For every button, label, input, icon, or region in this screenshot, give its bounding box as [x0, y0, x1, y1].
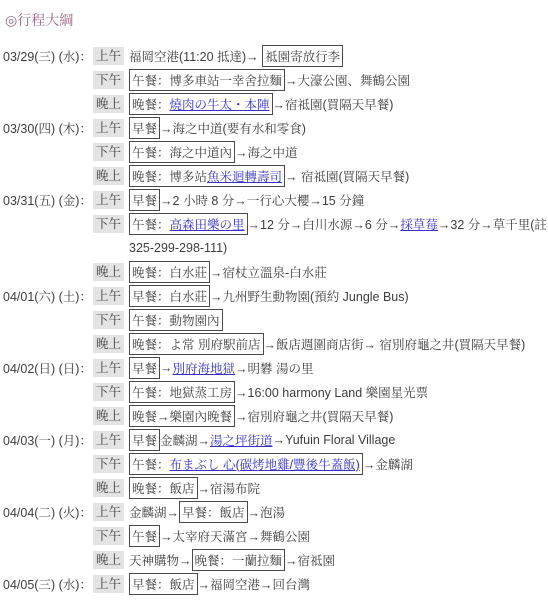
itinerary-text: →宿別府龜之井(買隔天早餐): [235, 407, 393, 425]
meal-box: 午餐：動物園內: [129, 309, 223, 331]
itinerary-row: 晚上晚餐：燒肉の牛太・本陣→宿祗園(買隔天早餐): [3, 92, 546, 116]
itinerary-row: 04/04(二) (火)：上午金麟湖→早餐：飯店→泡湯: [3, 500, 546, 524]
meal-box: 午餐：海之中道內: [129, 141, 235, 163]
period-label: 上午: [93, 359, 124, 377]
itinerary-text: 晚餐：飯店: [132, 479, 195, 497]
meal-box: 晚餐：博多站魚米迴轉壽司: [129, 165, 285, 187]
row-content: 325-299-298-111): [3, 241, 227, 255]
itinerary-row: 晚上晚餐：白水莊→宿杖立溫泉-白水莊: [3, 260, 546, 284]
itinerary-text: 晚餐：博多站: [132, 167, 207, 185]
itinerary-text: 晚餐→樂園內晚餐: [132, 407, 232, 425]
itinerary-text: 早餐: [132, 119, 157, 137]
itinerary-row: 下午午餐：海之中道內→海之中道: [3, 140, 546, 164]
itinerary-text: 福岡空港(11:20 抵達)→: [129, 47, 262, 65]
itinerary-link[interactable]: 別府海地獄: [173, 359, 236, 377]
itinerary-link[interactable]: 布まぶし 心(碳烤地雞/豐後牛蓋飯): [170, 455, 360, 473]
row-content: 晚餐：よ常 別府駅前店→飯店週圍商店街→ 宿別府龜之井(買隔天早餐): [129, 333, 525, 355]
date-label: 04/01(六) (土)：: [3, 287, 93, 305]
itinerary-row: 03/30(四) (木)：上午早餐→海之中道(要有水和零食): [3, 116, 546, 140]
itinerary-text: →宿湯布院: [198, 479, 261, 497]
date-label: 04/02(日) (日)：: [3, 359, 93, 377]
itinerary-row: 晚上晚餐→樂園內晚餐→宿別府龜之井(買隔天早餐): [3, 404, 546, 428]
itinerary-text: →12 分→白川水源→6 分→: [248, 215, 401, 233]
date-label: 03/31(五) (金)：: [3, 191, 93, 209]
itinerary-text: 早餐：飯店: [132, 575, 195, 593]
itinerary-page: ◎行程大綱 03/29(三) (水)：上午福岡空港(11:20 抵達)→ 祗園寄…: [0, 0, 548, 596]
meal-box: 午餐: [129, 525, 160, 547]
itinerary-text: →16:00 harmony Land 樂園星光票: [235, 383, 428, 401]
itinerary-link[interactable]: 燒肉の牛太・本陣: [170, 95, 270, 113]
itinerary-text: →飯店週圍商店街→ 宿別府龜之井(買隔天早餐): [264, 335, 526, 353]
itinerary-link[interactable]: 採草莓: [400, 215, 438, 233]
itinerary-text: 午餐：地獄蒸工房: [132, 383, 232, 401]
period-label: 下午: [93, 527, 124, 545]
itinerary-text: 午餐：: [132, 455, 170, 473]
row-content: 午餐：博多車站一幸舍拉麵→大濠公園、舞鶴公園: [129, 69, 410, 91]
itinerary-row: 下午午餐：高森田樂の里→12 分→白川水源→6 分→採草莓→32 分→草千里(註…: [3, 212, 546, 236]
period-label: 上午: [93, 575, 124, 593]
itinerary-row-continuation: 325-299-298-111): [3, 236, 546, 260]
row-content: 午餐：高森田樂の里→12 分→白川水源→6 分→採草莓→32 分→草千里(註：走: [129, 213, 548, 235]
itinerary-text: 午餐：海之中道內: [132, 143, 232, 161]
period-label: 下午: [93, 311, 124, 329]
itinerary-link[interactable]: 湯之坪街道: [210, 431, 273, 449]
itinerary-row: 下午午餐：博多車站一幸舍拉麵→大濠公園、舞鶴公園: [3, 68, 546, 92]
itinerary-row: 04/05(三) (水)：上午早餐：飯店→福岡空港→回台灣: [3, 572, 546, 596]
itinerary-text: 晚餐：: [132, 95, 170, 113]
meal-box: 晚餐→樂園內晚餐: [129, 405, 235, 427]
period-label: 上午: [93, 47, 124, 65]
itinerary-row: 03/31(五) (金)：上午早餐→2 小時 8 分→一行心大櫻→15 分鐘: [3, 188, 546, 212]
period-label: 上午: [93, 503, 124, 521]
row-content: 午餐：地獄蒸工房→16:00 harmony Land 樂園星光票: [129, 381, 428, 403]
itinerary-row: 04/03(一) (月)：上午早餐金麟湖→湯之坪街道→Yufuin Floral…: [3, 428, 546, 452]
itinerary-row: 晚上天神購物→晚餐：一蘭拉麵→宿祗園: [3, 548, 546, 572]
row-content: 晚餐：白水莊→宿杖立溫泉-白水莊: [129, 261, 327, 283]
itinerary-row: 下午午餐：地獄蒸工房→16:00 harmony Land 樂園星光票: [3, 380, 546, 404]
row-content: 早餐金麟湖→湯之坪街道→Yufuin Floral Village: [129, 429, 395, 451]
meal-box: 晚餐：白水莊: [129, 261, 210, 283]
period-label: 晚上: [93, 95, 124, 113]
itinerary-text: 早餐：飯店: [182, 503, 245, 521]
itinerary-text: →2 小時 8 分→一行心大櫻→15 分鐘: [160, 191, 364, 209]
period-label: 下午: [93, 455, 124, 473]
meal-box: 早餐: [129, 429, 160, 451]
meal-box: 早餐：白水莊: [129, 285, 210, 307]
row-content: 金麟湖→早餐：飯店→泡湯: [129, 501, 285, 523]
row-content: 午餐：布まぶし 心(碳烤地雞/豐後牛蓋飯)→金麟湖: [129, 453, 413, 475]
itinerary-row: 晚上晚餐：博多站魚米迴轉壽司→ 宿祗園(買隔天早餐): [3, 164, 546, 188]
itinerary-row: 下午午餐：布まぶし 心(碳烤地雞/豐後牛蓋飯)→金麟湖: [3, 452, 546, 476]
itinerary-text: →: [160, 361, 173, 375]
itinerary-text: 天神購物→: [129, 551, 192, 569]
itinerary-list: 03/29(三) (水)：上午福岡空港(11:20 抵達)→ 祗園寄放行李下午午…: [3, 44, 546, 596]
period-label: 上午: [93, 191, 124, 209]
period-label: 下午: [93, 215, 124, 233]
row-content: 早餐：飯店→福岡空港→回台灣: [129, 573, 310, 595]
period-label: 下午: [93, 143, 124, 161]
period-label: 晚上: [93, 263, 124, 281]
meal-box: 午餐：博多車站一幸舍拉麵: [129, 69, 285, 91]
itinerary-text: →宿杖立溫泉-白水莊: [210, 263, 327, 281]
period-label: 上午: [93, 119, 124, 137]
period-label: 晚上: [93, 335, 124, 353]
meal-box: 午餐：地獄蒸工房: [129, 381, 235, 403]
meal-box: 晚餐：飯店: [129, 477, 198, 499]
row-content: 早餐→2 小時 8 分→一行心大櫻→15 分鐘: [129, 189, 364, 211]
period-label: 下午: [93, 71, 124, 89]
period-label: 晚上: [93, 167, 124, 185]
itinerary-text: →海之中道: [235, 143, 298, 161]
row-content: 晚餐→樂園內晚餐→宿別府龜之井(買隔天早餐): [129, 405, 393, 427]
itinerary-text: 午餐：博多車站一幸舍拉麵: [132, 71, 282, 89]
itinerary-text: 早餐: [132, 359, 157, 377]
itinerary-text: 午餐：動物園內: [132, 311, 220, 329]
row-content: 福岡空港(11:20 抵達)→ 祗園寄放行李: [129, 45, 343, 67]
meal-box: 早餐: [129, 357, 160, 379]
row-content: 天神購物→晚餐：一蘭拉麵→宿祗園: [129, 549, 335, 571]
period-label: 晚上: [93, 479, 124, 497]
meal-box: 祗園寄放行李: [262, 45, 343, 67]
itinerary-row: 下午午餐：動物園內: [3, 308, 546, 332]
itinerary-text: →明礬 湯の里: [235, 359, 313, 377]
row-content: 晚餐：博多站魚米迴轉壽司→ 宿祗園(買隔天早餐): [129, 165, 409, 187]
itinerary-text: 午餐：: [132, 215, 170, 233]
period-label: 上午: [93, 287, 124, 305]
period-label: 下午: [93, 383, 124, 401]
row-content: 早餐→別府海地獄→明礬 湯の里: [129, 357, 314, 379]
itinerary-text: 早餐：白水莊: [132, 287, 207, 305]
meal-box: 早餐：飯店: [179, 501, 248, 523]
row-content: 午餐→太宰府天滿宮→舞鶴公園: [129, 525, 310, 547]
meal-box: 晚餐：一蘭拉麵: [192, 549, 286, 571]
row-content: 晚餐：飯店→宿湯布院: [129, 477, 260, 499]
itinerary-row: 下午午餐→太宰府天滿宮→舞鶴公園: [3, 524, 546, 548]
itinerary-text: →宿祗園: [285, 551, 335, 569]
date-label: 03/30(四) (木)：: [3, 119, 93, 137]
itinerary-text: 晚餐：白水莊: [132, 263, 207, 281]
itinerary-row: 03/29(三) (水)：上午福岡空港(11:20 抵達)→ 祗園寄放行李: [3, 44, 546, 68]
itinerary-text: →大濠公園、舞鶴公園: [285, 71, 410, 89]
itinerary-text: →Yufuin Floral Village: [273, 433, 396, 447]
itinerary-text: 晚餐：一蘭拉麵: [195, 551, 283, 569]
meal-box: 早餐: [129, 117, 160, 139]
itinerary-row: 晚上晚餐：よ常 別府駅前店→飯店週圍商店街→ 宿別府龜之井(買隔天早餐): [3, 332, 546, 356]
itinerary-row: 04/01(六) (土)：上午早餐：白水莊→九州野生動物園(預約 Jungle …: [3, 284, 546, 308]
row-content: 午餐：海之中道內→海之中道: [129, 141, 298, 163]
row-content: 早餐：白水莊→九州野生動物園(預約 Jungle Bus): [129, 285, 409, 307]
itinerary-link[interactable]: 魚米迴轉壽司: [207, 167, 282, 185]
meal-box: 晚餐：よ常 別府駅前店: [129, 333, 263, 355]
date-label: 03/29(三) (水)：: [3, 47, 93, 65]
date-label: 04/04(二) (火)：: [3, 503, 93, 521]
itinerary-text: →海之中道(要有水和零食): [160, 119, 306, 137]
meal-box: 早餐：飯店: [129, 573, 198, 595]
row-content: 晚餐：燒肉の牛太・本陣→宿祗園(買隔天早餐): [129, 93, 393, 115]
itinerary-text: 325-299-298-111): [129, 241, 227, 255]
row-content: 早餐→海之中道(要有水和零食): [129, 117, 306, 139]
itinerary-text: 晚餐：よ常 別府駅前店: [132, 335, 260, 353]
itinerary-text: →32 分→草千里(註：走: [438, 215, 548, 233]
itinerary-text: →福岡空港→回台灣: [198, 575, 311, 593]
itinerary-text: 早餐: [132, 191, 157, 209]
itinerary-link[interactable]: 高森田樂の里: [170, 215, 245, 233]
itinerary-text: →金麟湖: [363, 455, 413, 473]
period-label: 晚上: [93, 551, 124, 569]
page-title: ◎行程大綱: [5, 10, 546, 30]
meal-box: 午餐：高森田樂の里: [129, 213, 248, 235]
row-content: 午餐：動物園內: [129, 309, 223, 331]
itinerary-text: →泡湯: [248, 503, 286, 521]
date-label: 04/03(一) (月)：: [3, 431, 93, 449]
itinerary-row: 晚上晚餐：飯店→宿湯布院: [3, 476, 546, 500]
itinerary-text: 金麟湖→: [129, 503, 179, 521]
itinerary-text: → 宿祗園(買隔天早餐): [285, 167, 409, 185]
itinerary-row: 04/02(日) (日)：上午早餐→別府海地獄→明礬 湯の里: [3, 356, 546, 380]
period-label: 晚上: [93, 407, 124, 425]
meal-box: 午餐：布まぶし 心(碳烤地雞/豐後牛蓋飯): [129, 453, 363, 475]
meal-box: 晚餐：燒肉の牛太・本陣: [129, 93, 273, 115]
itinerary-text: →太宰府天滿宮→舞鶴公園: [160, 527, 310, 545]
itinerary-text: 金麟湖→: [160, 431, 210, 449]
itinerary-text: →宿祗園(買隔天早餐): [273, 95, 394, 113]
itinerary-text: 午餐: [132, 527, 157, 545]
itinerary-text: 祗園寄放行李: [265, 47, 340, 65]
date-label: 04/05(三) (水)：: [3, 575, 93, 593]
itinerary-text: 早餐: [132, 431, 157, 449]
period-label: 上午: [93, 431, 124, 449]
meal-box: 早餐: [129, 189, 160, 211]
itinerary-text: →九州野生動物園(預約 Jungle Bus): [210, 287, 409, 305]
